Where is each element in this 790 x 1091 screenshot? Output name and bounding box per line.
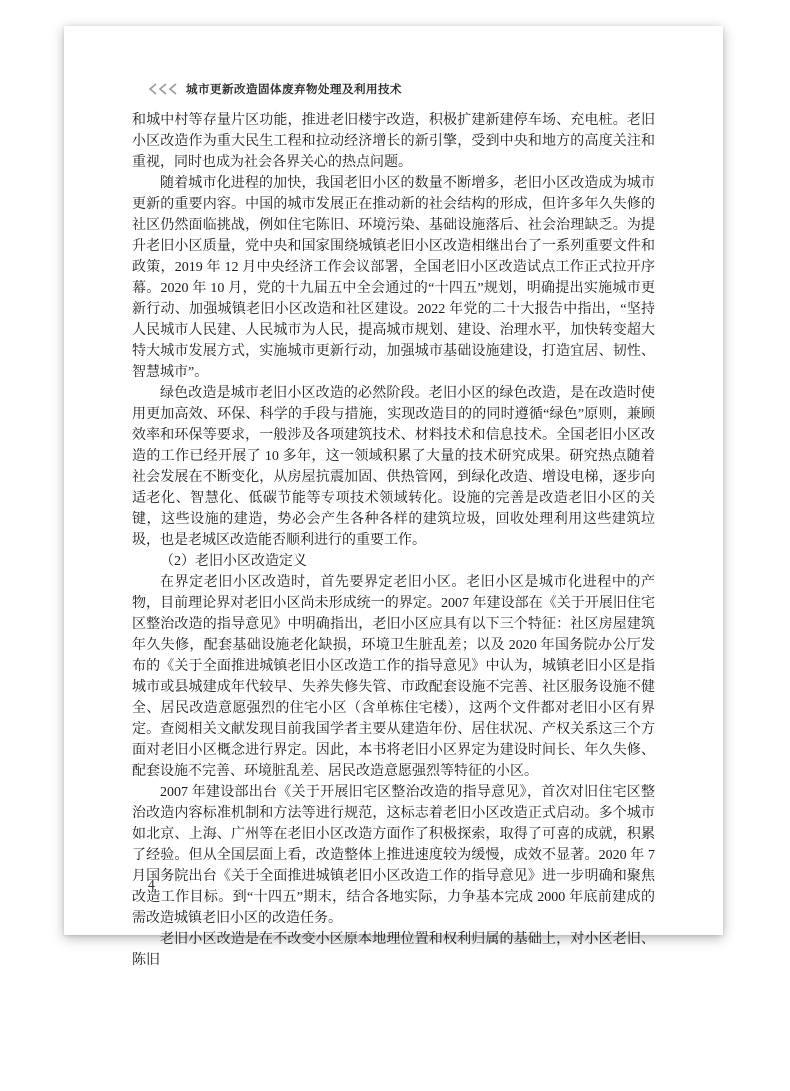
page-number: 4 [148,877,155,893]
paragraph-continuation: 和城中村等存量片区功能，推进老旧楼宇改造，积极扩建新建停车场、充电桩。老旧小区改… [132,110,655,173]
triple-left-chevron-icon [148,83,178,95]
book-page: 城市更新改造固体废弃物处理及利用技术 和城中村等存量片区功能，推进老旧楼宇改造，… [64,26,723,935]
paragraph: 随着城市化进程的加快，我国老旧小区的数量不断增多，老旧小区改造成为城市更新的重要… [132,173,655,383]
running-head: 城市更新改造固体废弃物处理及利用技术 [148,82,402,96]
page-body-text: 和城中村等存量片区功能，推进老旧楼宇改造，积极扩建新建停车场、充电桩。老旧小区改… [132,110,655,971]
paragraph: 在界定老旧小区改造时，首先要界定老旧小区。老旧小区是城市化进程中的产物，目前理论… [132,572,655,782]
paragraph: 2007 年建设部出台《关于开展旧宅区整治改造的指导意见》，首次对旧住宅区整治改… [132,782,655,929]
running-head-title: 城市更新改造固体废弃物处理及利用技术 [186,81,402,97]
paragraph: 老旧小区改造是在不改变小区原本地理位置和权利归属的基础上，对小区老旧、陈旧 [132,929,655,971]
subheading-old-district-definition: （2）老旧小区改造定义 [132,551,655,572]
paragraph: 绿色改造是城市老旧小区改造的必然阶段。老旧小区的绿色改造，是在改造时使用更加高效… [132,383,655,551]
